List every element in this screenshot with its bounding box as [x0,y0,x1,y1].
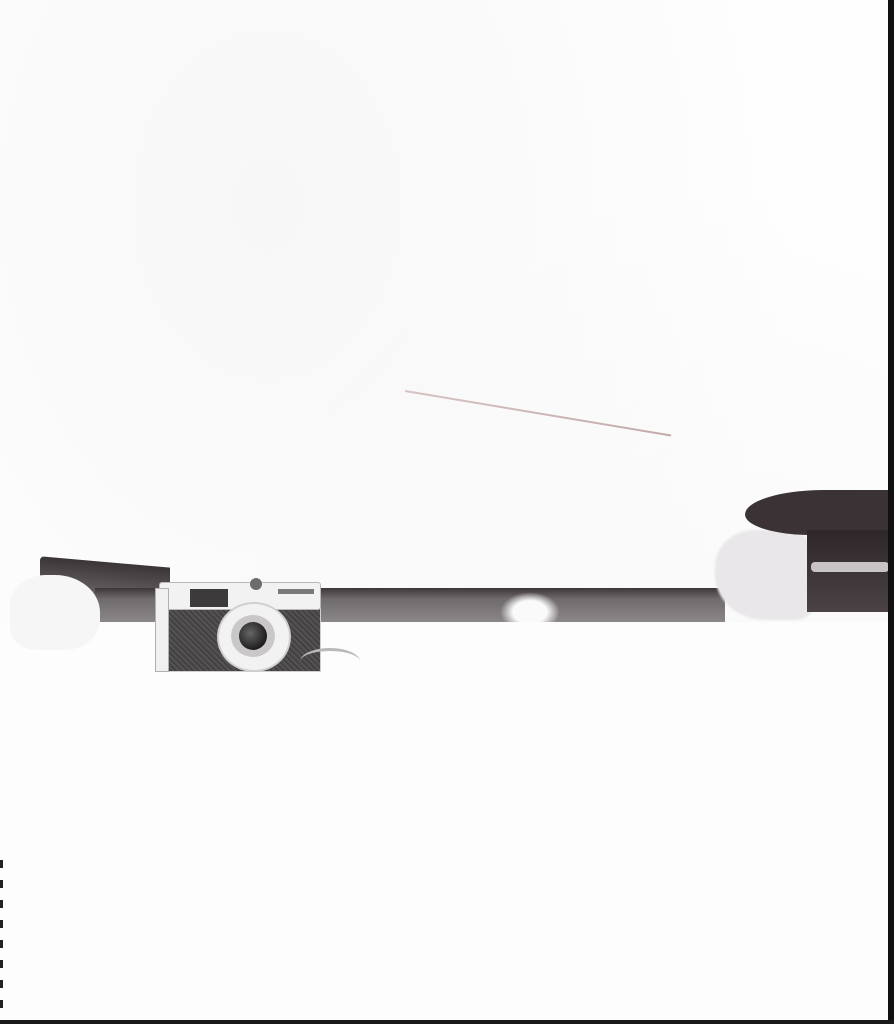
rangefinder-camera [155,580,320,672]
film-edge-left [0,860,3,1010]
film-border-bottom [0,1020,894,1024]
dark-object-top [745,490,890,535]
dark-object-stripe [811,562,889,572]
camera-strap [300,648,360,675]
photograph: Overexposed black-and-white film photogr… [0,0,894,1024]
lens-barrel [231,615,275,657]
camera-lens [217,602,291,672]
camera-nameplate [278,589,314,594]
camera-dial [250,578,262,590]
camera-strap-lug [155,588,169,672]
dark-object-right [745,490,890,615]
foreground-blob-left [10,575,100,650]
lens-glass [239,622,267,650]
foreground-surface [0,622,888,1020]
camera-viewfinder-window [190,589,228,607]
film-border-right [888,0,894,1024]
